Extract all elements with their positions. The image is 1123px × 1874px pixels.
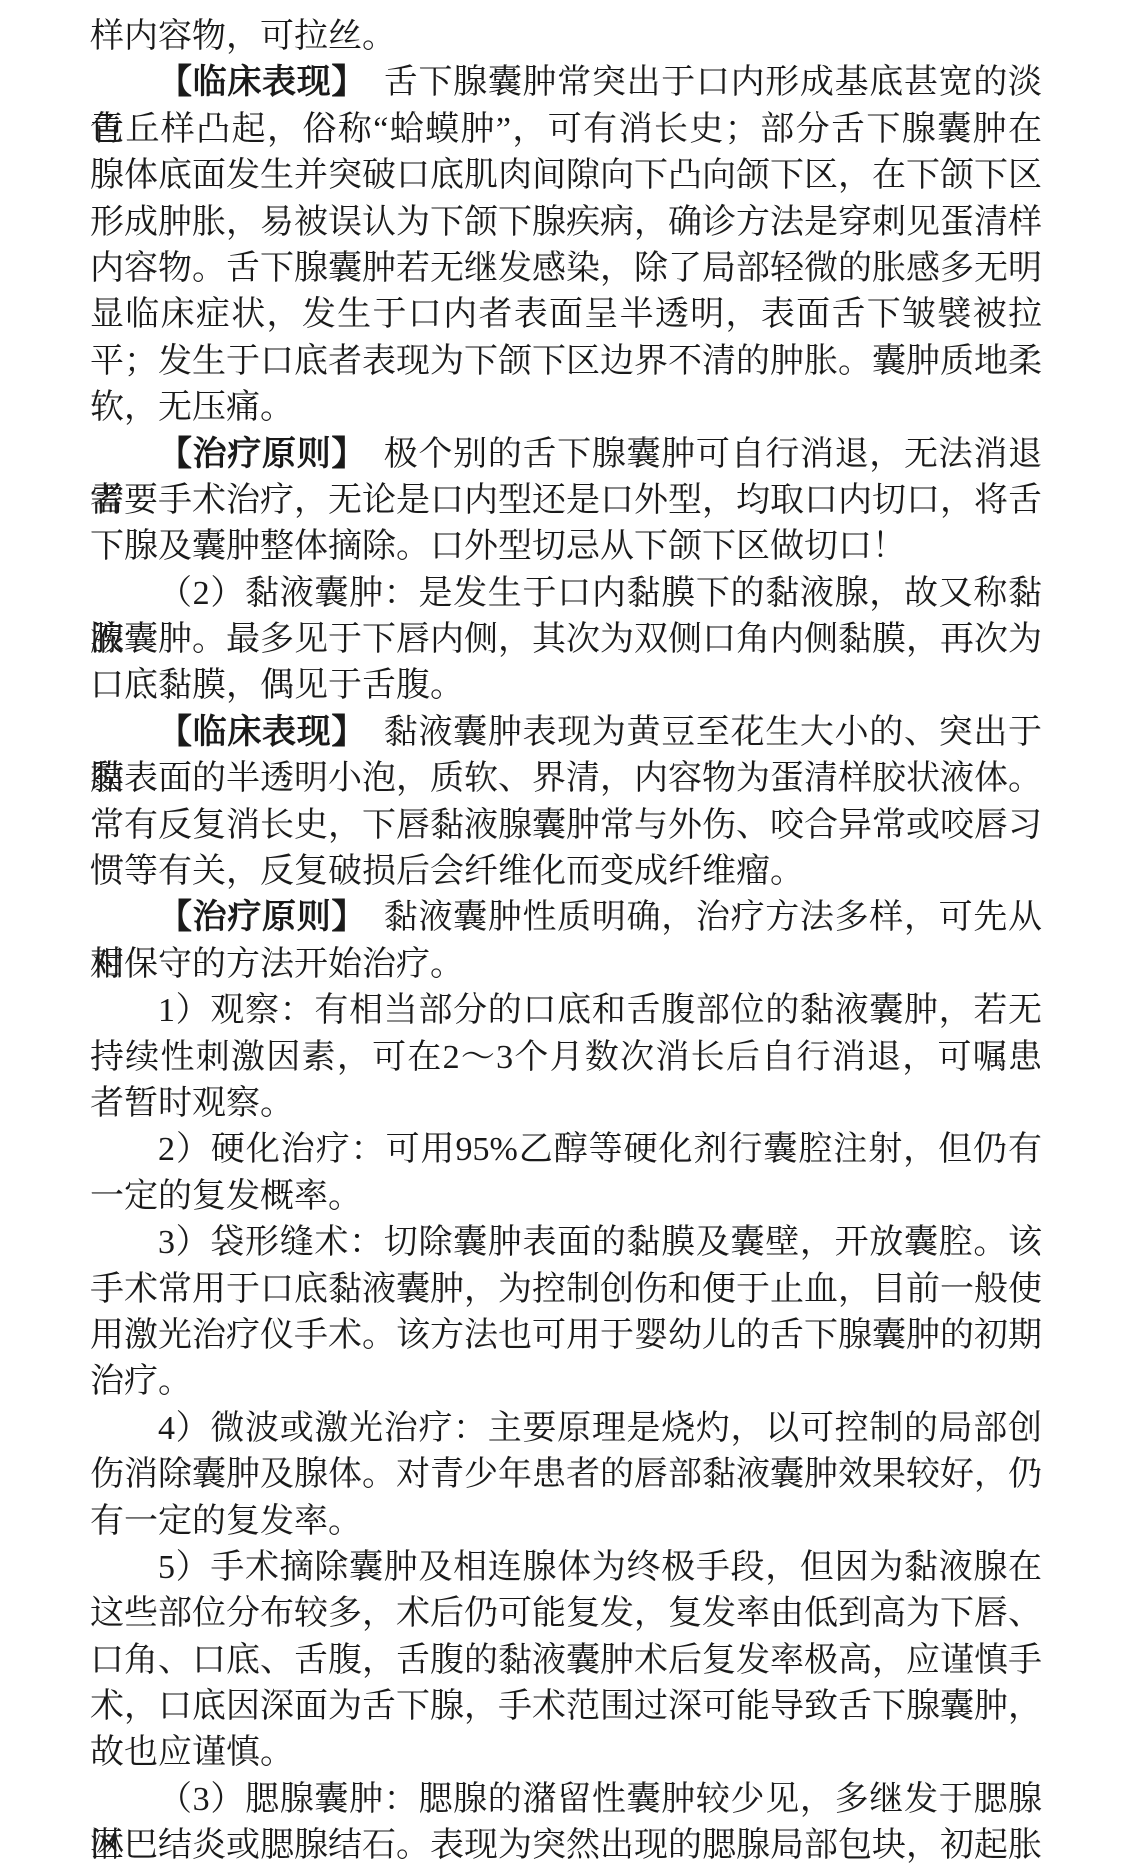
body-text: 膜表面的半透明小泡，质软、界清，内容物为蛋清样胶状液体。 (90, 760, 1042, 797)
text-line: 口底黏膜，偶见于舌腹。 (90, 663, 1042, 709)
text-line: 2）硬化治疗：可用95%乙醇等硬化剂行囊腔注射，但仍有 (90, 1127, 1042, 1173)
text-line: 伤消除囊肿及腺体。对青少年患者的唇部黏液囊肿效果较好，仍 (90, 1452, 1042, 1498)
text-line: 【临床表现】 舌下腺囊肿常突出于口内形成基底甚宽的淡青 (90, 60, 1042, 106)
text-line: 一定的复发概率。 (90, 1174, 1042, 1220)
body-text: 内容物。舌下腺囊肿若无继发感染，除了局部轻微的胀感多无明 (90, 250, 1042, 287)
body-text: 手术常用于口底黏液囊肿，为控制创伤和便于止血，目前一般使 (90, 1271, 1042, 1308)
body-text: 下腺及囊肿整体摘除。口外型切忌从下颌下区做切口！ (90, 528, 906, 565)
text-line: 口角、口底、舌腹，舌腹的黏液囊肿术后复发率极高，应谨慎手 (90, 1638, 1042, 1684)
text-line: 1）观察：有相当部分的口底和舌腹部位的黏液囊肿，若无 (90, 988, 1042, 1034)
body-text: 故也应谨慎。 (90, 1734, 294, 1771)
text-line: 需要手术治疗，无论是口内型还是口外型，均取口内切口，将舌 (90, 478, 1042, 524)
text-line: 用激光治疗仪手术。该方法也可用于婴幼儿的舌下腺囊肿的初期 (90, 1313, 1042, 1359)
body-text: 对保守的方法开始治疗。 (90, 946, 464, 983)
text-line: 者暂时观察。 (90, 1081, 1042, 1127)
text-line: 故也应谨慎。 (90, 1730, 1042, 1776)
body-text: 治疗。 (90, 1363, 192, 1400)
text-line: 有一定的复发率。 (90, 1499, 1042, 1545)
text-line: 手术常用于口底黏液囊肿，为控制创伤和便于止血，目前一般使 (90, 1267, 1042, 1313)
text-line: 软，无压痛。 (90, 385, 1042, 431)
body-text: 样内容物，可拉丝。 (90, 18, 396, 55)
body-text: 一定的复发概率。 (90, 1178, 362, 1215)
body-text: 需要手术治疗，无论是口内型还是口外型，均取口内切口，将舌 (90, 482, 1042, 519)
body-text: 这些部位分布较多，术后仍可能复发，复发率由低到高为下唇、 (90, 1595, 1042, 1632)
text-line: 5）手术摘除囊肿及相连腺体为终极手段，但因为黏液腺在 (90, 1545, 1042, 1591)
section-heading: 【临床表现】 (158, 64, 349, 101)
text-line: 【治疗原则】 黏液囊肿性质明确，治疗方法多样，可先从相 (90, 895, 1042, 941)
text-block: 样内容物，可拉丝。【临床表现】 舌下腺囊肿常突出于口内形成基底甚宽的淡青色丘样凸… (90, 14, 1042, 1870)
text-line: 色丘样凸起，俗称“蛤蟆肿”，可有消长史；部分舌下腺囊肿在 (90, 107, 1042, 153)
body-text: 2）硬化治疗：可用95%乙醇等硬化剂行囊腔注射，但仍有 (158, 1131, 1042, 1168)
body-text: 持续性刺激因素，可在2～3个月数次消长后自行消退，可嘱患 (90, 1039, 1042, 1076)
text-line: 平；发生于口底者表现为下颌下区边界不清的肿胀。囊肿质地柔 (90, 339, 1042, 385)
text-line: 【临床表现】 黏液囊肿表现为黄豆至花生大小的、突出于黏 (90, 710, 1042, 756)
body-text: 形成肿胀，易被误认为下颌下腺疾病，确诊方法是穿刺见蛋清样 (90, 204, 1042, 241)
text-line: 腺囊肿。最多见于下唇内侧，其次为双侧口角内侧黏膜，再次为 (90, 617, 1042, 663)
body-text: 常有反复消长史，下唇黏液腺囊肿常与外伤、咬合异常或咬唇习 (90, 807, 1042, 844)
text-line: 术，口底因深面为舌下腺，手术范围过深可能导致舌下腺囊肿， (90, 1684, 1042, 1730)
text-line: 这些部位分布较多，术后仍可能复发，复发率由低到高为下唇、 (90, 1591, 1042, 1637)
section-heading: 【临床表现】 (158, 714, 349, 751)
body-text: 口底黏膜，偶见于舌腹。 (90, 667, 464, 704)
text-line: （3）腮腺囊肿：腮腺的潴留性囊肿较少见，多继发于腮腺区 (90, 1777, 1042, 1823)
text-line: 显临床症状，发生于口内者表面呈半透明，表面舌下皱襞被拉 (90, 292, 1042, 338)
section-heading: 【治疗原则】 (158, 899, 349, 936)
body-text: 显临床症状，发生于口内者表面呈半透明，表面舌下皱襞被拉 (90, 296, 1042, 333)
text-line: 下腺及囊肿整体摘除。口外型切忌从下颌下区做切口！ (90, 524, 1042, 570)
body-text: 4）微波或激光治疗：主要原理是烧灼，以可控制的局部创 (158, 1410, 1042, 1447)
body-text: 者暂时观察。 (90, 1085, 294, 1122)
body-text: 1）观察：有相当部分的口底和舌腹部位的黏液囊肿，若无 (158, 992, 1042, 1029)
body-text: 惯等有关，反复破损后会纤维化而变成纤维瘤。 (90, 853, 804, 890)
text-line: 3）袋形缝术：切除囊肿表面的黏膜及囊壁，开放囊腔。该 (90, 1220, 1042, 1266)
text-line: 样内容物，可拉丝。 (90, 14, 1042, 60)
text-line: 持续性刺激因素，可在2～3个月数次消长后自行消退，可嘱患 (90, 1035, 1042, 1081)
document-page: 样内容物，可拉丝。【临床表现】 舌下腺囊肿常突出于口内形成基底甚宽的淡青色丘样凸… (0, 0, 1123, 1874)
text-line: 4）微波或激光治疗：主要原理是烧灼，以可控制的局部创 (90, 1406, 1042, 1452)
text-line: 腺体底面发生并突破口底肌肉间隙向下凸向颌下区，在下颌下区 (90, 153, 1042, 199)
body-text: 3）袋形缝术：切除囊肿表面的黏膜及囊壁，开放囊腔。该 (158, 1224, 1042, 1261)
body-text: 淋巴结炎或腮腺结石。表现为突然出现的腮腺局部包块，初起胀 (90, 1827, 1042, 1864)
text-line: 膜表面的半透明小泡，质软、界清，内容物为蛋清样胶状液体。 (90, 756, 1042, 802)
text-line: 【治疗原则】 极个别的舌下腺囊肿可自行消退，无法消退者 (90, 432, 1042, 478)
text-line: 形成肿胀，易被误认为下颌下腺疾病，确诊方法是穿刺见蛋清样 (90, 200, 1042, 246)
body-text: 腺囊肿。最多见于下唇内侧，其次为双侧口角内侧黏膜，再次为 (90, 621, 1042, 658)
body-text: 有一定的复发率。 (90, 1503, 362, 1540)
text-line: 常有反复消长史，下唇黏液腺囊肿常与外伤、咬合异常或咬唇习 (90, 803, 1042, 849)
text-line: 对保守的方法开始治疗。 (90, 942, 1042, 988)
text-line: 内容物。舌下腺囊肿若无继发感染，除了局部轻微的胀感多无明 (90, 246, 1042, 292)
body-text: 软，无压痛。 (90, 389, 294, 426)
body-text: 术，口底因深面为舌下腺，手术范围过深可能导致舌下腺囊肿， (90, 1688, 1042, 1725)
text-line: 淋巴结炎或腮腺结石。表现为突然出现的腮腺局部包块，初起胀 (90, 1823, 1042, 1869)
text-line: （2）黏液囊肿：是发生于口内黏膜下的黏液腺，故又称黏液 (90, 571, 1042, 617)
text-line: 惯等有关，反复破损后会纤维化而变成纤维瘤。 (90, 849, 1042, 895)
body-text: 用激光治疗仪手术。该方法也可用于婴幼儿的舌下腺囊肿的初期 (90, 1317, 1042, 1354)
body-text: 色丘样凸起，俗称“蛤蟆肿”，可有消长史；部分舌下腺囊肿在 (90, 111, 1042, 148)
body-text: 伤消除囊肿及腺体。对青少年患者的唇部黏液囊肿效果较好，仍 (90, 1456, 1042, 1493)
body-text: 腺体底面发生并突破口底肌肉间隙向下凸向颌下区，在下颌下区 (90, 157, 1042, 194)
body-text: 口角、口底、舌腹，舌腹的黏液囊肿术后复发率极高，应谨慎手 (90, 1642, 1042, 1679)
body-text: 平；发生于口底者表现为下颌下区边界不清的肿胀。囊肿质地柔 (90, 343, 1042, 380)
section-heading: 【治疗原则】 (158, 436, 349, 473)
text-line: 治疗。 (90, 1359, 1042, 1405)
body-text: 5）手术摘除囊肿及相连腺体为终极手段，但因为黏液腺在 (158, 1549, 1042, 1586)
